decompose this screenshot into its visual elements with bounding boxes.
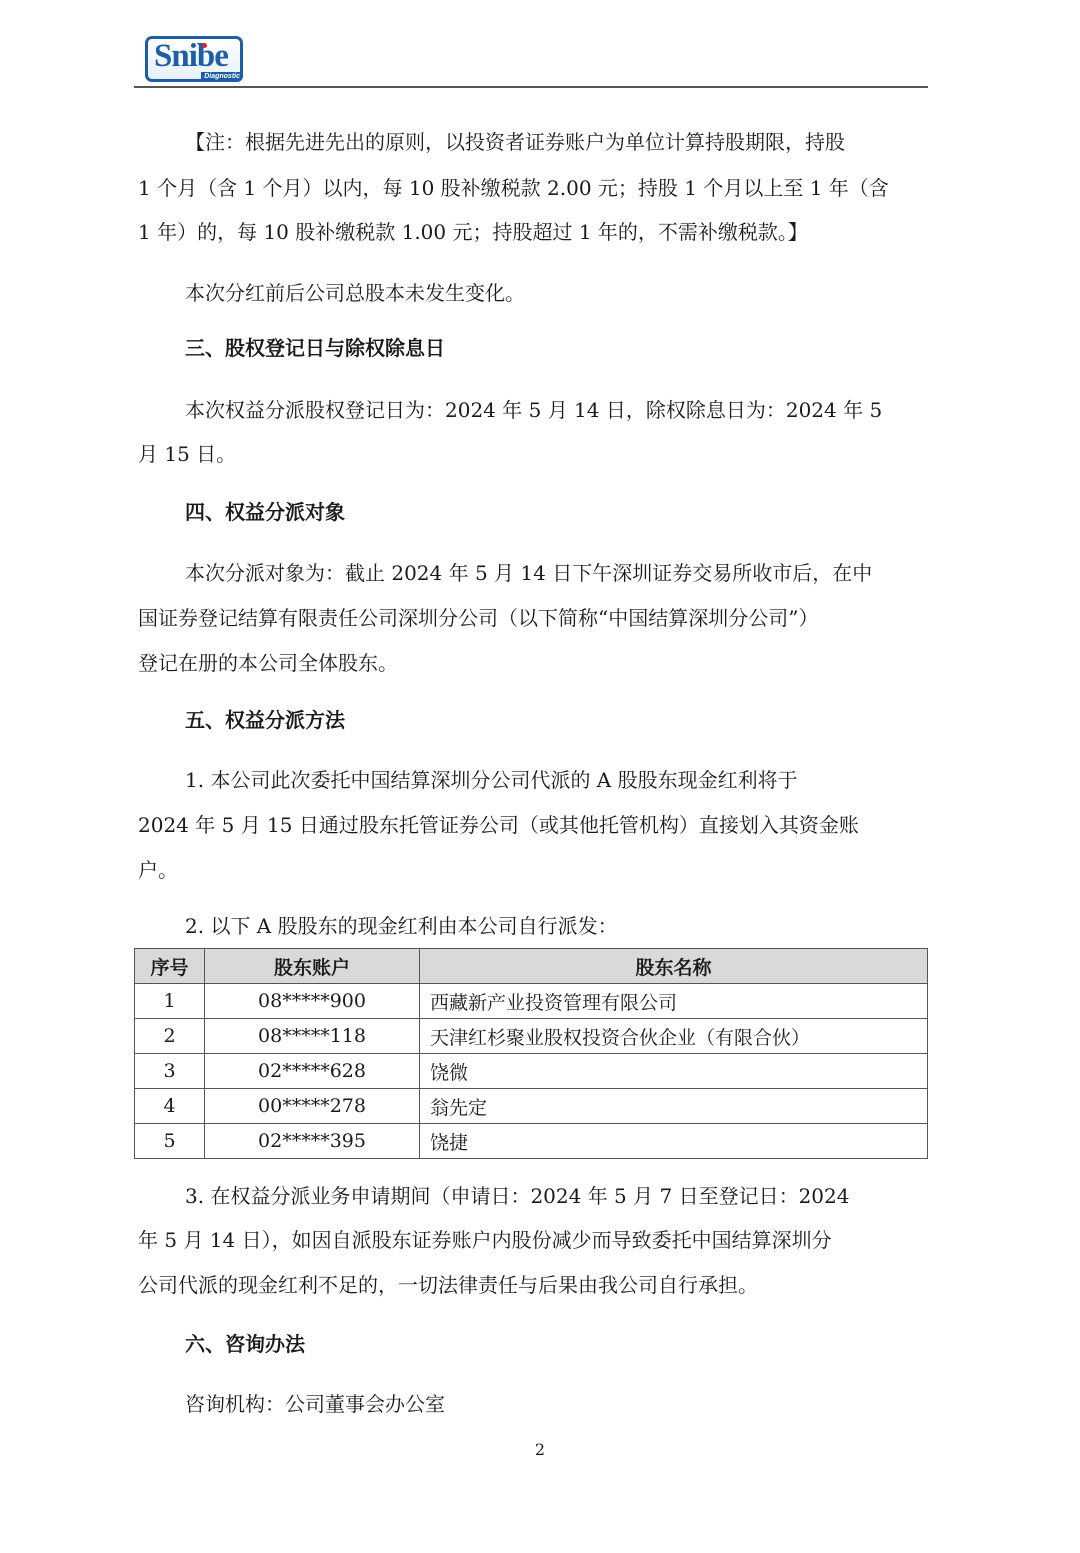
section-4-line-2: 国证券登记结算有限责任公司深圳分公司（以下简称“中国结算深圳分公司”） — [138, 608, 926, 628]
cell-index: 3 — [135, 1054, 205, 1089]
section-5-item-3-line-1: 3. 在权益分派业务申请期间（申请日：2024 年 5 月 7 日至登记日：20… — [185, 1186, 973, 1206]
section-5-item-1-line-2: 2024 年 5 月 15 日通过股东托管证券公司（或其他托管机构）直接划入其资… — [138, 815, 926, 835]
section-4-line-1: 本次分派对象为：截止 2024 年 5 月 14 日下午深圳证券交易所收市后，在… — [185, 563, 973, 583]
section-4-line-3: 登记在册的本公司全体股东。 — [138, 653, 926, 673]
table-row: 4 00*****278 翁先定 — [135, 1089, 928, 1124]
cell-account: 08*****900 — [205, 984, 420, 1019]
cell-name: 天津红杉聚业股权投资合伙企业（有限合伙） — [420, 1019, 928, 1054]
table-row: 2 08*****118 天津红杉聚业股权投资合伙企业（有限合伙） — [135, 1019, 928, 1054]
section-5-item-2: 2. 以下 A 股股东的现金红利由本公司自行派发： — [185, 916, 973, 936]
table-row: 1 08*****900 西藏新产业投资管理有限公司 — [135, 984, 928, 1019]
company-logo: Snibe Diagnostic — [145, 36, 243, 82]
cell-name: 西藏新产业投资管理有限公司 — [420, 984, 928, 1019]
page-number: 2 — [0, 1440, 1080, 1459]
cell-index: 4 — [135, 1089, 205, 1124]
cell-account: 02*****395 — [205, 1124, 420, 1159]
col-header-name: 股东名称 — [420, 949, 928, 984]
section-6-title: 六、咨询办法 — [185, 1334, 973, 1354]
section-5-item-3-line-2: 年 5 月 14 日），如因自派股东证券账户内股份减少而导致委托中国结算深圳分 — [138, 1230, 926, 1250]
cell-name: 饶微 — [420, 1054, 928, 1089]
note-line-1: 【注：根据先进先出的原则，以投资者证券账户为单位计算持股期限，持股 — [185, 132, 973, 152]
cell-account: 08*****118 — [205, 1019, 420, 1054]
logo-subtitle: Diagnostic — [201, 72, 243, 82]
section-3-line-2: 月 15 日。 — [138, 444, 926, 464]
section-5-item-1-line-3: 户。 — [138, 860, 926, 880]
col-header-account: 股东账户 — [205, 949, 420, 984]
col-header-index: 序号 — [135, 949, 205, 984]
self-distributed-shareholders-table: 序号 股东账户 股东名称 1 08*****900 西藏新产业投资管理有限公司 … — [134, 948, 928, 1159]
cell-account: 02*****628 — [205, 1054, 420, 1089]
capital-unchanged-text: 本次分红前后公司总股本未发生变化。 — [185, 283, 973, 303]
section-5-title: 五、权益分派方法 — [185, 710, 973, 730]
cell-index: 5 — [135, 1124, 205, 1159]
cell-name: 饶捷 — [420, 1124, 928, 1159]
note-line-2: 1 个月（含 1 个月）以内，每 10 股补缴税款 2.00 元；持股 1 个月… — [138, 178, 926, 198]
cell-index: 1 — [135, 984, 205, 1019]
note-line-3: 1 年）的，每 10 股补缴税款 1.00 元；持股超过 1 年的，不需补缴税款… — [138, 222, 926, 242]
header-divider — [134, 86, 928, 88]
logo-text: Snibe — [154, 36, 228, 76]
section-5-item-3-line-3: 公司代派的现金红利不足的，一切法律责任与后果由我公司自行承担。 — [138, 1275, 926, 1295]
section-5-item-1-line-1: 1. 本公司此次委托中国结算深圳分公司代派的 A 股股东现金红利将于 — [185, 770, 973, 790]
table-row: 3 02*****628 饶微 — [135, 1054, 928, 1089]
cell-index: 2 — [135, 1019, 205, 1054]
cell-account: 00*****278 — [205, 1089, 420, 1124]
section-3-line-1: 本次权益分派股权登记日为：2024 年 5 月 14 日，除权除息日为：2024… — [185, 400, 973, 420]
section-6-line-1: 咨询机构：公司董事会办公室 — [185, 1394, 973, 1414]
logo-dot-icon — [202, 43, 207, 48]
table-header-row: 序号 股东账户 股东名称 — [135, 949, 928, 984]
section-3-title: 三、股权登记日与除权除息日 — [185, 338, 973, 358]
section-4-title: 四、权益分派对象 — [185, 502, 973, 522]
cell-name: 翁先定 — [420, 1089, 928, 1124]
table-row: 5 02*****395 饶捷 — [135, 1124, 928, 1159]
